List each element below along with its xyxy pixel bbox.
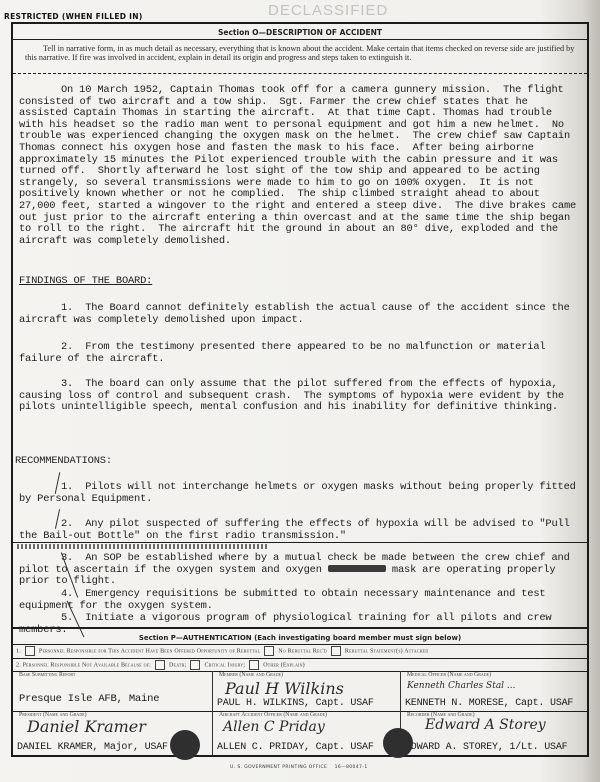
rebuttal-row: 1.Personnel Responsible for This Acciden… (16, 646, 587, 656)
recommendation-5: 5. Initiate a vigorous program of physio… (19, 613, 579, 636)
wax-seal-stamp (170, 730, 200, 760)
divider (13, 627, 587, 629)
classification-label: RESTRICTED (WHEN FILLED IN) (4, 12, 143, 21)
death-checkbox[interactable] (155, 660, 165, 670)
rebuttal-offered-checkbox[interactable] (25, 646, 35, 656)
accident-report-form: Section O—DESCRIPTION OF ACCIDENT Tell i… (11, 22, 589, 757)
document-page: DECLASSIFIED RESTRICTED (WHEN FILLED IN)… (0, 0, 600, 782)
declassified-watermark: DECLASSIFIED (268, 2, 388, 19)
medical-officer-cell: Medical Officer (Name and Grade) Kenneth… (401, 671, 587, 711)
divider (13, 644, 587, 645)
member-cell: Member (Name and Grade) Paul H Wilkins P… (213, 671, 401, 711)
recorder-signature: Edward A Storey (425, 717, 546, 733)
recommendation-3: 3. An SOP be established where by a mutu… (19, 553, 579, 588)
president-signature: Daniel Kramer (27, 717, 146, 736)
member-signature: Paul H Wilkins (225, 679, 344, 698)
struck-out-line (17, 544, 267, 549)
section-o-instructions: Tell in narrative form, in as much detai… (25, 44, 575, 62)
recommendation-1: 1. Pilots will not interchange helmets o… (19, 482, 579, 505)
divider (13, 39, 587, 40)
divider (13, 73, 587, 74)
other-checkbox[interactable] (249, 660, 259, 670)
narrative-text: On 10 March 1952, Captain Thomas took of… (19, 85, 579, 247)
recommendation-2: 2. Any pilot suspected of suffering the … (19, 519, 579, 542)
divider (13, 658, 587, 659)
wax-seal-stamp (383, 728, 413, 758)
critical-injury-checkbox[interactable] (190, 660, 200, 670)
finding-3: 3. The board can only assume that the pi… (19, 379, 579, 414)
rebuttal-attached-checkbox[interactable] (331, 646, 341, 656)
recorder-cell: Recorder (Name and Grade) Edward A Store… (401, 711, 587, 755)
aircraft-accident-officer-cell: Aircraft Accident Officer (Name and Grad… (213, 711, 401, 755)
recommendations-heading: RECOMMENDATIONS: (15, 456, 579, 468)
findings-heading: FINDINGS OF THE BOARD: (19, 276, 579, 288)
base-cell: Base Submitting Report Presque Isle AFB,… (13, 671, 213, 711)
medical-officer-signature: Kenneth Charles Stal ... (407, 681, 516, 691)
printing-office-footer: U. S. GOVERNMENT PRINTING OFFICE 16—8004… (230, 765, 368, 770)
no-rebuttal-checkbox[interactable] (264, 646, 274, 656)
aircraft-accident-officer-signature: Allen C Priday (223, 719, 325, 735)
finding-2: 2. From the testimony presented there ap… (19, 342, 579, 365)
section-o-title: Section O—DESCRIPTION OF ACCIDENT (13, 28, 587, 37)
recommendation-4: 4. Emergency requisitions be submitted t… (19, 589, 579, 612)
section-p-title: Section P—AUTHENTICATION (Each investiga… (13, 634, 587, 642)
redaction-mark (328, 565, 386, 572)
divider (13, 542, 587, 543)
finding-1: 1. The Board cannot definitely establish… (19, 303, 579, 326)
not-available-row: 2. Personnel Responsible Not Available B… (16, 660, 587, 670)
